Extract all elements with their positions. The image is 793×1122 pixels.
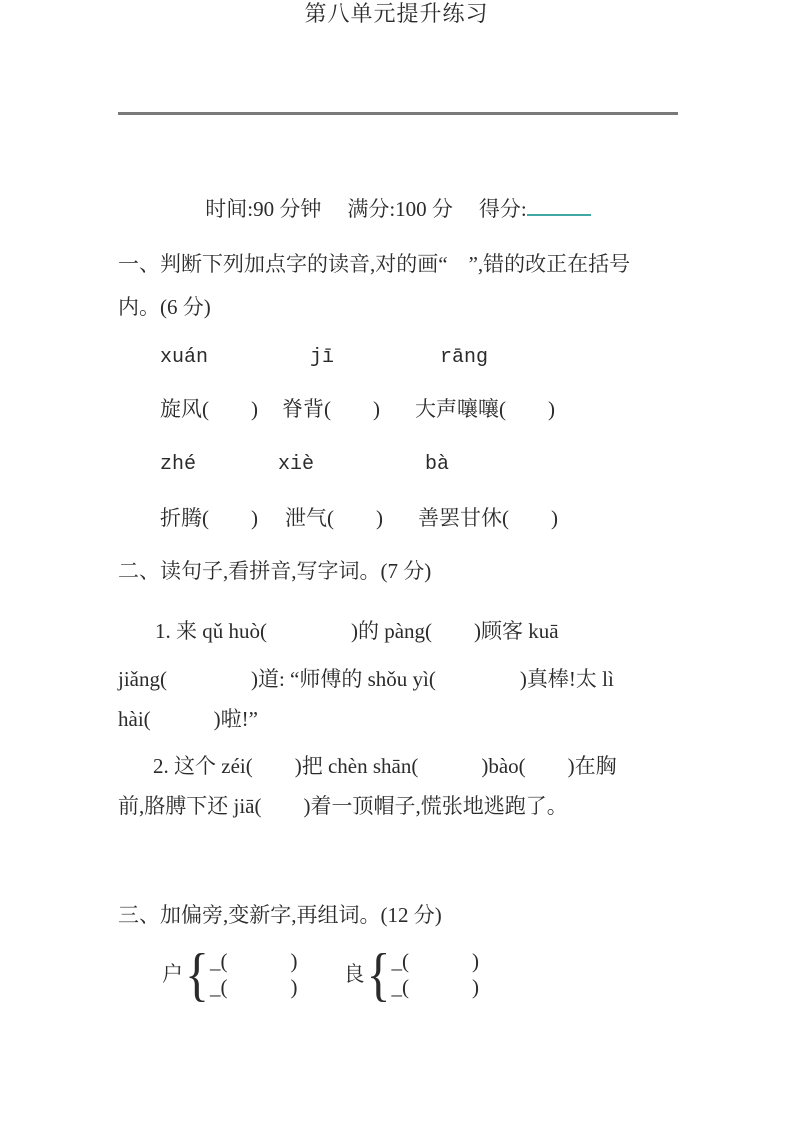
section3-heading: 三、加偏旁,变新字,再组词。(12 分) [118, 902, 442, 928]
word-with-blank: 大声嚷嚷( ) [415, 396, 555, 422]
section2-item1-line3: hài( )啦!” [118, 706, 258, 732]
brace-group-liang: 良 { _( ) _( ) [344, 948, 480, 1000]
word-with-blank: 泄气( ) [285, 505, 383, 531]
section3-brace-groups: 户 { _( ) _( ) 良 { _( ) _( ) [162, 948, 479, 1000]
pinyin-label: rāng [440, 346, 488, 369]
answer-lines: _( ) _( ) [392, 948, 480, 1000]
section2-heading: 二、读句子,看拼音,写字词。(7 分) [118, 558, 431, 584]
page-title: 第八单元提升练习 [0, 0, 793, 28]
word-with-blank: 脊背( ) [282, 396, 380, 422]
pinyin-label: bà [425, 453, 449, 476]
word-with-blank: 善罢甘休( ) [418, 505, 558, 531]
meta-time: 时间:90 分钟 [205, 196, 321, 222]
section1-heading-line2: 内。(6 分) [118, 294, 211, 320]
word-with-blank: 旋风( ) [160, 396, 258, 422]
base-character: 户 [162, 961, 183, 987]
score-blank-line [527, 198, 591, 216]
meta-score-label: 得分: [479, 196, 527, 222]
answer-blank-line: _( ) [210, 974, 298, 1000]
word-with-blank: 折腾( ) [160, 505, 258, 531]
answer-blank-line: _( ) [392, 974, 480, 1000]
answer-lines: _( ) _( ) [210, 948, 298, 1000]
brace-group-hu: 户 { _( ) _( ) [162, 948, 298, 1000]
left-brace-icon: { [367, 943, 391, 1004]
section2-item2-line2: 前,胳膊下还 jiā( )着一顶帽子,慌张地逃跑了。 [118, 793, 568, 819]
top-divider-rule [118, 112, 678, 115]
base-character: 良 [344, 961, 365, 987]
meta-total-score: 满分:100 分 [347, 196, 453, 222]
pinyin-label: xiè [278, 453, 314, 476]
pinyin-label: xuán [160, 346, 208, 369]
pinyin-label: zhé [160, 453, 196, 476]
meta-line: 时间:90 分钟满分:100 分得分: [118, 196, 678, 222]
answer-blank-line: _( ) [392, 948, 480, 974]
answer-blank-line: _( ) [210, 948, 298, 974]
worksheet-page: 第八单元提升练习 时间:90 分钟满分:100 分得分: 一、判断下列加点字的读… [0, 0, 793, 1122]
section1-heading-line1: 一、判断下列加点字的读音,对的画“ ”,错的改正在括号 [118, 251, 630, 277]
left-brace-icon: { [185, 943, 209, 1004]
pinyin-label: jī [310, 346, 334, 369]
section2-item1-line1: 1. 来 qǔ huò( )的 pàng( )顾客 kuā [155, 618, 559, 644]
section2-item2-line1: 2. 这个 zéi( )把 chèn shān( )bào( )在胸 [153, 753, 617, 779]
section2-item1-line2: jiǎng( )道: “师傅的 shǒu yì( )真棒!太 lì [118, 666, 614, 692]
